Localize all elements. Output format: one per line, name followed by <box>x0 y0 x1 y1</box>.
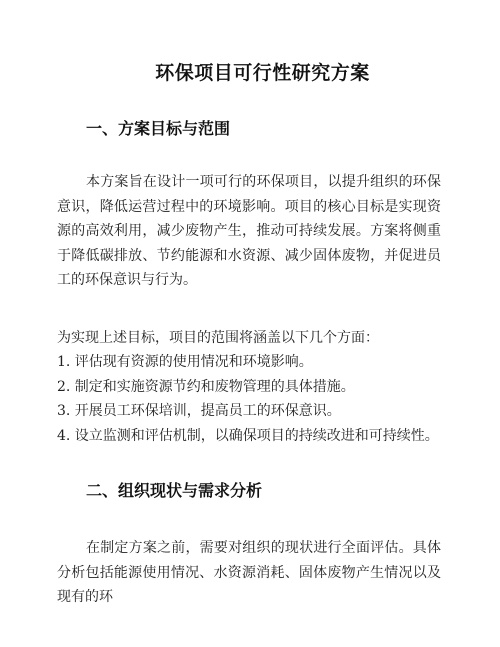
paragraph-scope-intro: 为实现上述目标，项目的范围将涵盖以下几个方面： <box>57 326 441 351</box>
paragraph-goals: 本方案旨在设计一项可行的环保项目，以提升组织的环保意识，降低运营过程中的环境影响… <box>57 170 441 293</box>
list-item: 2. 制定和实施资源节约和废物管理的具体措施。 <box>57 375 447 400</box>
paragraph-status-analysis: 在制定方案之前，需要对组织的现状进行全面评估。具体分析包括能源使用情况、水资源消… <box>57 536 441 610</box>
document-page: 环保项目可行性研究方案 一、方案目标与范围 本方案旨在设计一项可行的环保项目，以… <box>0 0 500 647</box>
list-item: 3. 开展员工环保培训，提高员工的环保意识。 <box>57 399 447 424</box>
list-item: 4. 设立监测和评估机制，以确保项目的持续改进和可持续性。 <box>57 424 447 449</box>
section-heading-goals-scope: 一、方案目标与范围 <box>86 118 230 140</box>
list-item: 1. 评估现有资源的使用情况和环境影响。 <box>57 350 447 375</box>
scope-list: 1. 评估现有资源的使用情况和环境影响。 2. 制定和实施资源节约和废物管理的具… <box>57 350 447 448</box>
document-title: 环保项目可行性研究方案 <box>0 60 500 86</box>
section-heading-status-analysis: 二、组织现状与需求分析 <box>86 480 262 502</box>
